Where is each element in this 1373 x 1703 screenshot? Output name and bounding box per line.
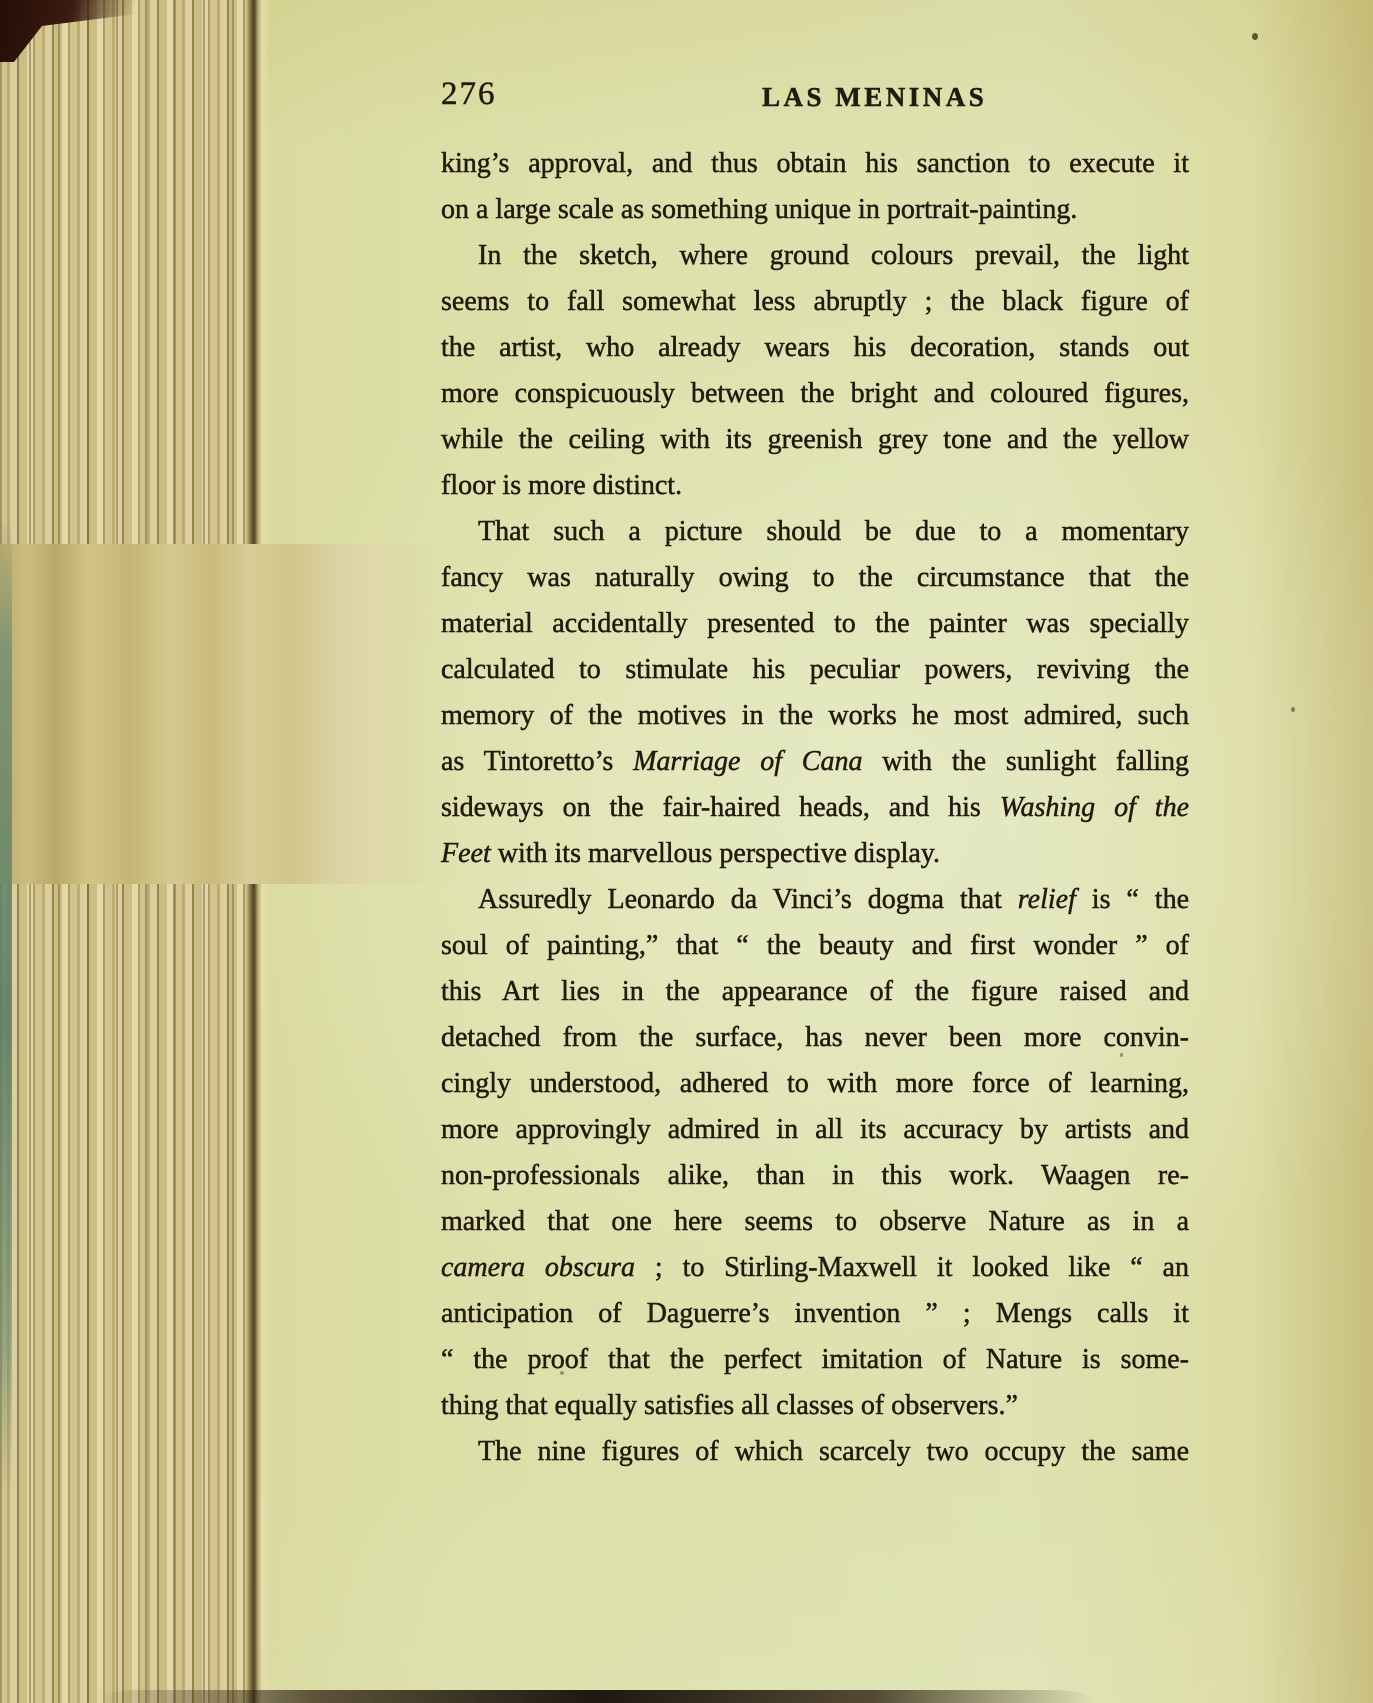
text-line: non-professionals alike, than in this wo… bbox=[441, 1153, 1189, 1199]
text-run: In the sketch, where ground colours prev… bbox=[478, 240, 1189, 271]
text-line: this Art lies in the appearance of the f… bbox=[441, 969, 1189, 1015]
text-run: ; to Stirling-Maxwell it looked like “ a… bbox=[635, 1252, 1189, 1283]
text-line: as Tintoretto’s Marriage of Cana with th… bbox=[441, 739, 1189, 785]
text-run: as Tintoretto’s bbox=[441, 746, 633, 777]
text-line: floor is more distinct. bbox=[441, 463, 1189, 509]
text-line: king’s approval, and thus obtain his san… bbox=[441, 141, 1189, 187]
text-run: cingly understood, adhered to with more … bbox=[441, 1068, 1189, 1099]
italic-phrase: Feet bbox=[441, 838, 491, 869]
italic-phrase: relief bbox=[1018, 884, 1076, 915]
text-run: Assuredly Leonardo da Vinci’s dogma that bbox=[478, 884, 1018, 915]
text-line: memory of the motives in the works he mo… bbox=[441, 693, 1189, 739]
text-line: marked that one here seems to observe Na… bbox=[441, 1199, 1189, 1245]
running-title: LAS MENINAS bbox=[762, 84, 987, 111]
text-line: “ the proof that the perfect imitation o… bbox=[441, 1337, 1189, 1383]
text-line: calculated to stimulate his peculiar pow… bbox=[441, 647, 1189, 693]
book-photo-scan: 276 LAS MENINAS king’s approval, and thu… bbox=[0, 0, 1373, 1703]
printed-page: 276 LAS MENINAS king’s approval, and thu… bbox=[0, 0, 1373, 1703]
text-line: fancy was naturally owing to the circums… bbox=[441, 555, 1189, 601]
text-run: this Art lies in the appearance of the f… bbox=[441, 976, 1189, 1007]
text-line: thing that equally satisfies all classes… bbox=[441, 1383, 1189, 1429]
text-line: more approvingly admired in all its accu… bbox=[441, 1107, 1189, 1153]
text-run: calculated to stimulate his peculiar pow… bbox=[441, 654, 1189, 685]
text-run: material accidentally presented to the p… bbox=[441, 608, 1189, 639]
text-line: Feet with its marvellous perspective dis… bbox=[441, 831, 1189, 877]
text-run: memory of the motives in the works he mo… bbox=[441, 700, 1189, 731]
text-run: more approvingly admired in all its accu… bbox=[441, 1114, 1189, 1145]
text-run: seems to fall somewhat less abruptly ; t… bbox=[441, 286, 1189, 317]
italic-phrase: Marriage of Cana bbox=[633, 746, 862, 777]
italic-phrase: camera obscura bbox=[441, 1252, 635, 1283]
text-run: “ the proof that the perfect imitation o… bbox=[441, 1344, 1189, 1375]
text-line: on a large scale as something unique in … bbox=[441, 187, 1189, 233]
text-run: with its marvellous perspective display. bbox=[491, 838, 940, 869]
text-run: thing that equally satisfies all classes… bbox=[441, 1390, 1018, 1421]
text-line: That such a picture should be due to a m… bbox=[441, 509, 1189, 555]
text-line: The nine figures of which scarcely two o… bbox=[441, 1429, 1189, 1475]
text-run: while the ceiling with its greenish grey… bbox=[441, 424, 1189, 455]
text-run: fancy was naturally owing to the circums… bbox=[441, 562, 1189, 593]
text-run: king’s approval, and thus obtain his san… bbox=[441, 148, 1189, 179]
text-run: the artist, who already wears his decora… bbox=[441, 332, 1189, 363]
text-run: The nine figures of which scarcely two o… bbox=[478, 1436, 1189, 1467]
text-line: detached from the surface, has never bee… bbox=[441, 1015, 1189, 1061]
text-run: floor is more distinct. bbox=[441, 470, 682, 501]
text-run: detached from the surface, has never bee… bbox=[441, 1022, 1189, 1053]
text-run: with the sunlight falling bbox=[862, 746, 1189, 777]
text-run: on a large scale as something unique in … bbox=[441, 194, 1077, 225]
text-line: more conspicuously between the bright an… bbox=[441, 371, 1189, 417]
text-line: In the sketch, where ground colours prev… bbox=[441, 233, 1189, 279]
text-line: while the ceiling with its greenish grey… bbox=[441, 417, 1189, 463]
body-text: king’s approval, and thus obtain his san… bbox=[441, 141, 1189, 1475]
text-run: is “ the bbox=[1076, 884, 1189, 915]
text-run: soul of painting,” that “ the beauty and… bbox=[441, 930, 1189, 961]
text-line: the artist, who already wears his decora… bbox=[441, 325, 1189, 371]
italic-phrase: Washing of the bbox=[1000, 792, 1189, 823]
text-line: material accidentally presented to the p… bbox=[441, 601, 1189, 647]
text-run: more conspicuously between the bright an… bbox=[441, 378, 1189, 409]
text-line: seems to fall somewhat less abruptly ; t… bbox=[441, 279, 1189, 325]
text-line: anticipation of Daguerre’s invention ” ;… bbox=[441, 1291, 1189, 1337]
text-line: cingly understood, adhered to with more … bbox=[441, 1061, 1189, 1107]
text-line: sideways on the fair-haired heads, and h… bbox=[441, 785, 1189, 831]
text-line: camera obscura ; to Stirling-Maxwell it … bbox=[441, 1245, 1189, 1291]
text-run: non-professionals alike, than in this wo… bbox=[441, 1160, 1189, 1191]
text-run: anticipation of Daguerre’s invention ” ;… bbox=[441, 1298, 1189, 1329]
text-run: marked that one here seems to observe Na… bbox=[441, 1206, 1189, 1237]
text-run: sideways on the fair-haired heads, and h… bbox=[441, 792, 1000, 823]
text-line: soul of painting,” that “ the beauty and… bbox=[441, 923, 1189, 969]
text-run: That such a picture should be due to a m… bbox=[478, 516, 1189, 547]
page-number: 276 bbox=[441, 78, 497, 111]
text-line: Assuredly Leonardo da Vinci’s dogma that… bbox=[441, 877, 1189, 923]
